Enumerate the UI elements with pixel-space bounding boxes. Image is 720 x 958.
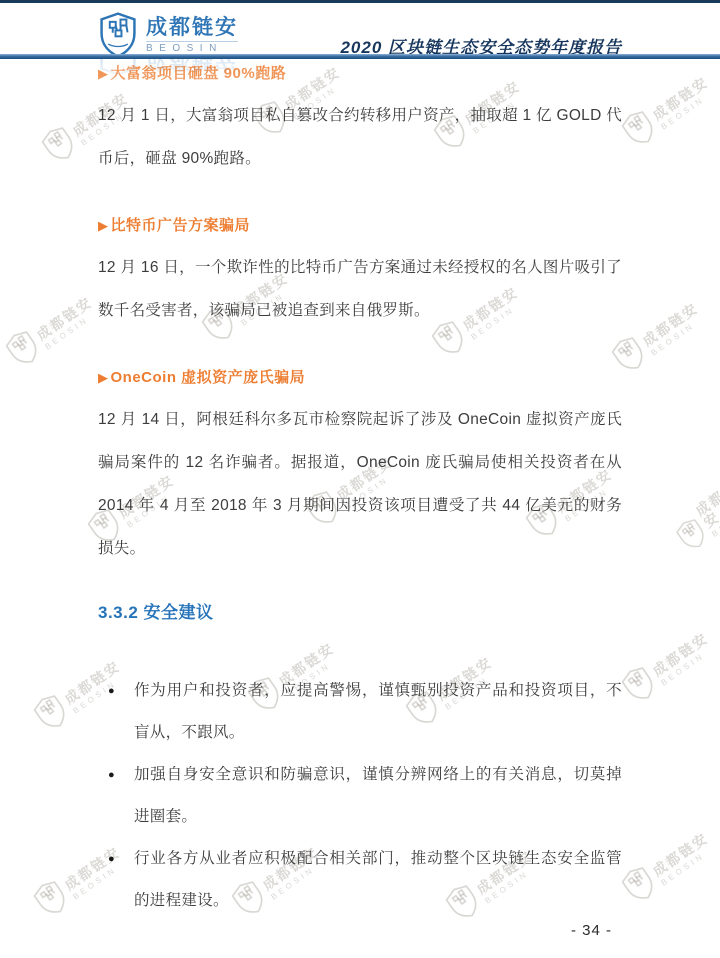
- section-title: ▶OneCoin 虚拟资产庞氏骗局: [98, 368, 622, 388]
- header-divider: [0, 54, 720, 59]
- bullet-dot-icon: ●: [108, 670, 115, 712]
- triangle-marker-icon: ▶: [98, 370, 109, 385]
- recommendation-item: ● 加强自身安全意识和防骗意识，谨慎分辨网络上的有关消息，切莫掉进圈套。: [98, 754, 622, 838]
- section-title-text: 大富翁项目砸盘 90%跑路: [111, 65, 287, 82]
- bullet-dot-icon: ●: [108, 838, 115, 880]
- recommendation-text: 加强自身安全意识和防骗意识，谨慎分辨网络上的有关消息，切莫掉进圈套。: [134, 766, 622, 825]
- recommendation-text: 行业各方从业者应积极配合相关部门，推动整个区块链生态安全监管的进程建设。: [134, 850, 622, 909]
- section-title-text: OneCoin 虚拟资产庞氏骗局: [111, 369, 306, 386]
- bullet-dot-icon: ●: [108, 754, 115, 796]
- section-body: 12 月 1 日，大富翁项目私自篡改合约转移用户资产，抽取超 1 亿 GOLD …: [98, 94, 622, 180]
- section-title-text: 比特币广告方案骗局: [111, 217, 251, 234]
- triangle-marker-icon: ▶: [98, 218, 109, 233]
- section-title: ▶比特币广告方案骗局: [98, 216, 622, 236]
- triangle-marker-icon: ▶: [98, 66, 109, 81]
- page-number: - 34 -: [571, 922, 612, 939]
- section-title: ▶大富翁项目砸盘 90%跑路: [98, 64, 622, 84]
- section-body: 12 月 14 日，阿根廷科尔多瓦市检察院起诉了涉及 OneCoin 虚拟资产庞…: [98, 398, 622, 570]
- recommendation-list: ● 作为用户和投资者，应提高警惕，谨慎甄别投资产品和投资项目，不盲从，不跟风。 …: [98, 670, 622, 922]
- recommendation-item: ● 作为用户和投资者，应提高警惕，谨慎甄别投资产品和投资项目，不盲从，不跟风。: [98, 670, 622, 754]
- section-bitcoin-ad-scam: ▶比特币广告方案骗局 12 月 16 日，一个欺诈性的比特币广告方案通过未经授权…: [98, 216, 622, 332]
- page-content: ▶大富翁项目砸盘 90%跑路 12 月 1 日，大富翁项目私自篡改合约转移用户资…: [0, 0, 720, 922]
- section-monopoly-rugpull: ▶大富翁项目砸盘 90%跑路 12 月 1 日，大富翁项目私自篡改合约转移用户资…: [98, 64, 622, 180]
- report-page: 成都链安 BEOSIN 成都链安 BEOSIN: [0, 0, 720, 958]
- subsection-title-security-advice: 3.3.2 安全建议: [98, 602, 622, 624]
- recommendation-item: ● 行业各方从业者应积极配合相关部门，推动整个区块链生态安全监管的进程建设。: [98, 838, 622, 922]
- section-onecoin-ponzi: ▶OneCoin 虚拟资产庞氏骗局 12 月 14 日，阿根廷科尔多瓦市检察院起…: [98, 368, 622, 570]
- recommendation-text: 作为用户和投资者，应提高警惕，谨慎甄别投资产品和投资项目，不盲从，不跟风。: [134, 682, 622, 741]
- section-body: 12 月 16 日，一个欺诈性的比特币广告方案通过未经授权的名人图片吸引了数千名…: [98, 246, 622, 332]
